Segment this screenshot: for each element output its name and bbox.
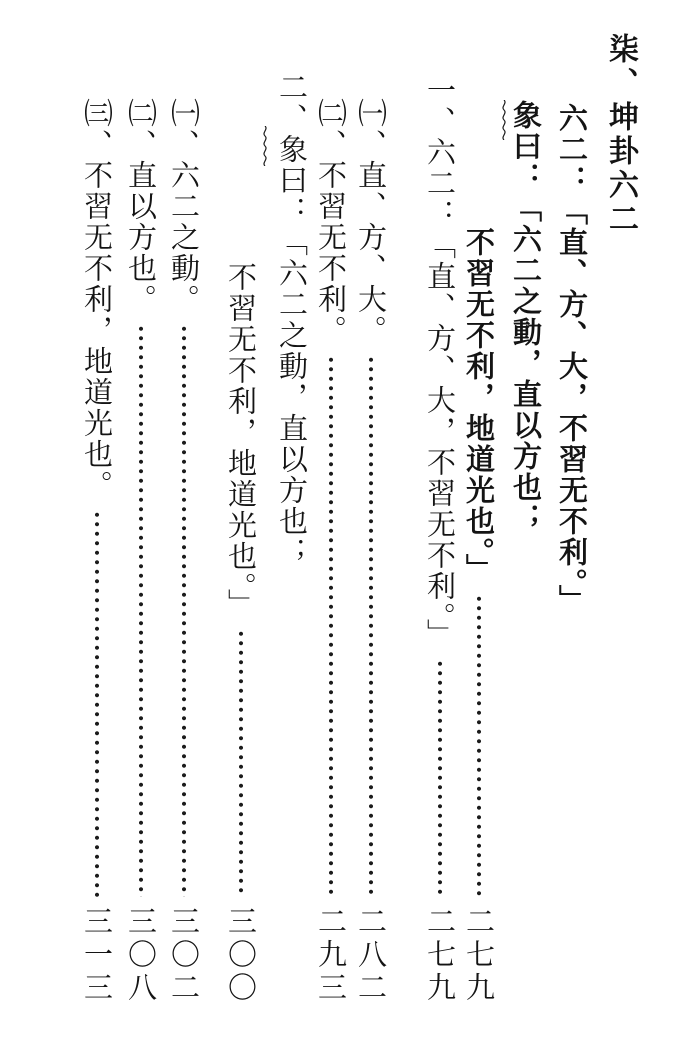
chapter-title-text: 柒、坤卦六二	[599, 33, 641, 237]
entry-section-2-1: ㈠、六二之動。 三〇二	[163, 98, 205, 1005]
book-title-mark-icon	[261, 126, 269, 166]
entry-text: ㈠、六二之動。	[163, 98, 205, 315]
entry-section-2-2: ㈡、直以方也。 三〇八	[120, 98, 162, 1005]
dot-leader	[473, 594, 485, 898]
book-title-mark-icon	[500, 100, 508, 140]
dot-leader	[365, 355, 377, 897]
page-number: 三〇八	[120, 906, 162, 1005]
page-number: 二七九	[419, 906, 461, 1005]
dot-leader	[135, 324, 147, 897]
entry-text: 一、六二：「直、方、大，不習无不利。」	[419, 75, 461, 650]
dot-leader	[434, 659, 446, 898]
dot-leader	[91, 510, 103, 897]
entry-text: ㈠、直、方、大。	[350, 98, 392, 346]
dot-leader	[235, 629, 247, 898]
page-number: 三〇〇	[220, 906, 262, 1005]
entry-section-1: 一、六二：「直、方、大，不習无不利。」 二七九	[419, 75, 461, 1005]
entry-text: 不習无不利，地道光也。」	[220, 262, 262, 620]
page-number: 二九三	[310, 906, 352, 1005]
dot-leader	[178, 324, 190, 897]
entry-text: ㈢、不習无不利，地道光也。	[76, 98, 118, 501]
page-number: 二七九	[458, 906, 500, 1005]
entry-xiang-quote-col2: 不習无不利，地道光也。」 二七九	[458, 227, 500, 1005]
entry-section-1-2: ㈡、不習无不利。 二九三	[310, 98, 352, 1005]
entry-text: ㈡、直以方也。	[120, 98, 162, 315]
chapter-title: 柒、坤卦六二	[599, 33, 641, 237]
page-number: 三〇二	[163, 906, 205, 1005]
entry-text: 不習无不利，地道光也。」	[458, 227, 500, 585]
entry-text: 二、象曰：「六二之動，直以方也；	[271, 72, 313, 568]
entry-text: 六二：「直、方、大，不習无不利。」	[551, 103, 593, 616]
scanned-toc-page: 柒、坤卦六二 六二：「直、方、大，不習无不利。」 象曰：「六二之動，直以方也； …	[0, 0, 700, 1048]
entry-hexagram-line-quote: 六二：「直、方、大，不習无不利。」	[551, 103, 593, 616]
page-number: 二八二	[350, 906, 392, 1005]
entry-section-2-col1: 二、象曰：「六二之動，直以方也；	[271, 72, 313, 568]
entry-section-2-col2: 不習无不利，地道光也。」 三〇〇	[220, 262, 262, 1005]
entry-xiang-quote-col1: 象曰：「六二之動，直以方也；	[505, 100, 547, 534]
entry-text: ㈡、不習无不利。	[310, 98, 352, 346]
page-number: 三一三	[76, 906, 118, 1005]
entry-text: 象曰：「六二之動，直以方也；	[505, 100, 547, 534]
entry-section-1-1: ㈠、直、方、大。 二八二	[350, 98, 392, 1005]
dot-leader	[325, 355, 337, 897]
entry-section-2-3: ㈢、不習无不利，地道光也。 三一三	[76, 98, 118, 1005]
